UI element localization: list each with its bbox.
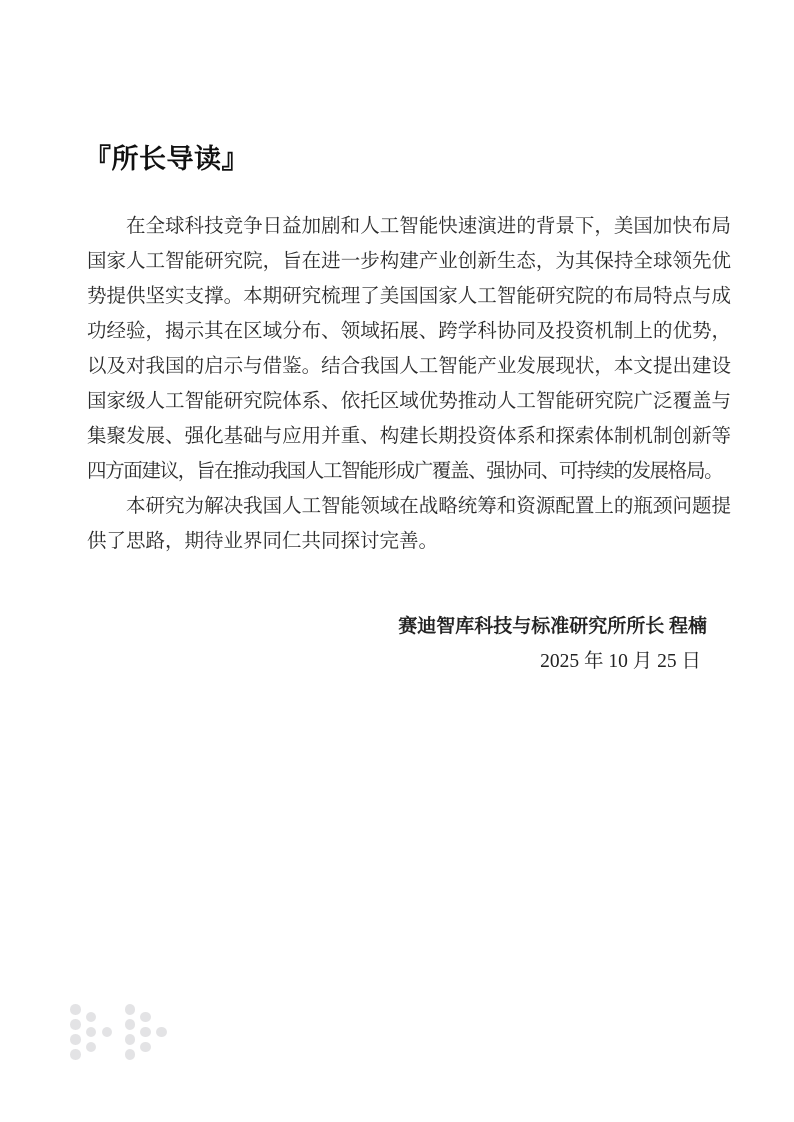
signature-line: 赛迪智库科技与标准研究所所长 程楠 — [87, 609, 731, 644]
text-line: 集聚发展、强化基础与应用并重、构建长期投资体系和探索体制机制创新等 — [87, 419, 731, 454]
logo-dot — [125, 1049, 136, 1060]
logo-dot — [102, 1027, 113, 1038]
body-text: 在全球科技竞争日益加剧和人工智能快速演进的背景下，美国加快布局国家人工智能研究院… — [87, 209, 731, 559]
date-line: 2025 年 10 月 25 日 — [87, 644, 731, 679]
signature-block: 赛迪智库科技与标准研究所所长 程楠 2025 年 10 月 25 日 — [87, 609, 731, 679]
logo-dot — [125, 1019, 136, 1030]
paragraph: 在全球科技竞争日益加剧和人工智能快速演进的背景下，美国加快布局国家人工智能研究院… — [87, 209, 731, 489]
text-line: 本研究为解决我国人工智能领域在战略统筹和资源配置上的瓶颈问题提 — [87, 489, 731, 524]
text-line: 势提供坚实支撑。本期研究梳理了美国国家人工智能研究院的布局特点与成 — [87, 279, 731, 314]
logo-dot — [125, 1034, 136, 1045]
logo-dot — [70, 1049, 81, 1060]
logo-dot — [86, 1012, 97, 1023]
logo-dot — [156, 1027, 167, 1038]
logo-dot — [140, 1042, 151, 1053]
logo-dot — [86, 1042, 97, 1053]
paragraph: 本研究为解决我国人工智能领域在战略统筹和资源配置上的瓶颈问题提供了思路，期待业界… — [87, 489, 731, 559]
logo-dot — [125, 1004, 136, 1015]
logo-dot — [70, 1034, 81, 1045]
text-line: 功经验，揭示其在区域分布、领域拓展、跨学科协同及投资机制上的优势， — [87, 314, 731, 349]
logo-dot — [140, 1027, 151, 1038]
logo-dot — [70, 1019, 81, 1030]
document-page: 『所长导读』 在全球科技竞争日益加剧和人工智能快速演进的背景下，美国加快布局国家… — [0, 0, 794, 1122]
logo-dot — [70, 1004, 81, 1015]
page-title: 『所长导读』 — [84, 141, 249, 177]
text-line: 供了思路，期待业界同仁共同探讨完善。 — [87, 524, 731, 559]
text-line: 在全球科技竞争日益加剧和人工智能快速演进的背景下，美国加快布局 — [87, 209, 731, 244]
text-line: 国家级人工智能研究院体系、依托区域优势推动人工智能研究院广泛覆盖与 — [87, 384, 731, 419]
text-line: 国家人工智能研究院，旨在进一步构建产业创新生态，为其保持全球领先优 — [87, 244, 731, 279]
text-line: 以及对我国的启示与借鉴。结合我国人工智能产业发展现状，本文提出建设 — [87, 349, 731, 384]
text-line: 四方面建议，旨在推动我国人工智能形成广覆盖、强协同、可持续的发展格局。 — [87, 454, 731, 489]
logo-dot — [140, 1012, 151, 1023]
logo-dot — [86, 1027, 97, 1038]
